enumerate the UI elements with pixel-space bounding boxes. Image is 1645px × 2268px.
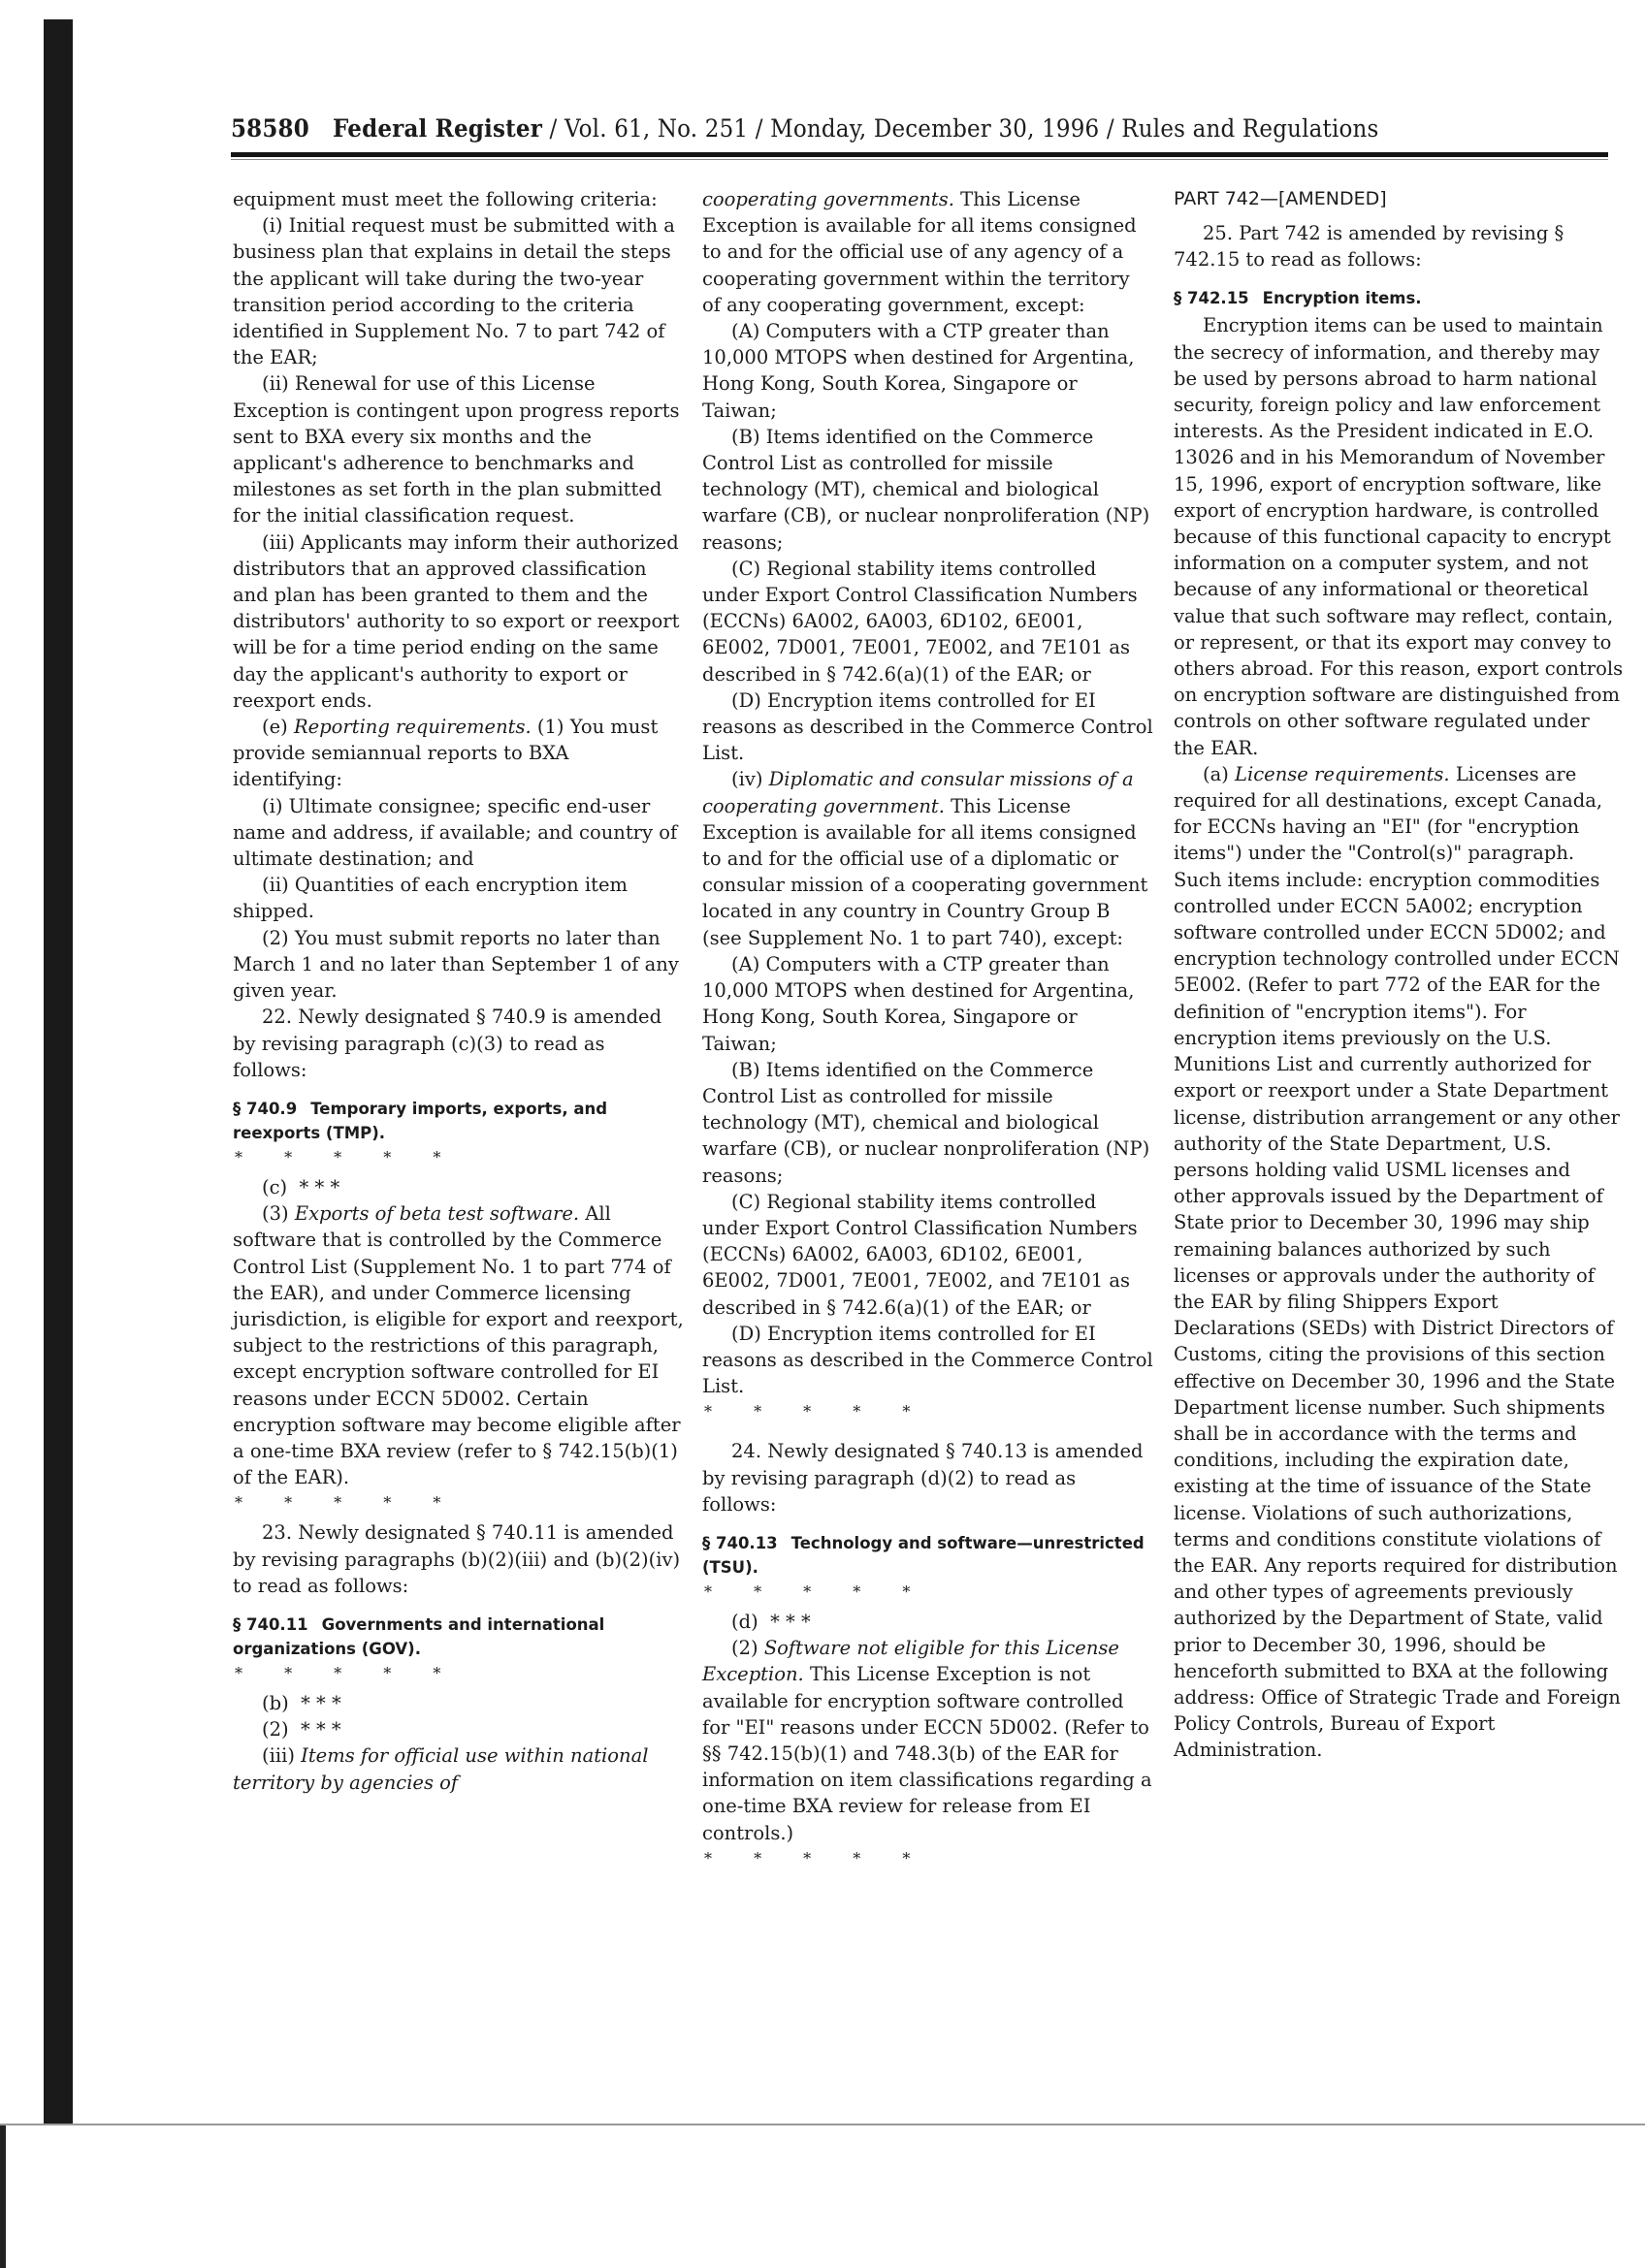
- ellipsis-stars: * * *: [770, 1611, 811, 1633]
- paragraph: (e) Reporting requirements. (1) You must…: [233, 714, 684, 793]
- para-heading: cooperating governments.: [702, 188, 954, 210]
- publication-title: Federal Register: [333, 114, 542, 143]
- paragraph: (2) You must submit reports no later tha…: [233, 925, 684, 1005]
- para-label: (2): [262, 1718, 289, 1741]
- para-label: (iii): [262, 1744, 301, 1767]
- header-rule: [231, 152, 1608, 157]
- para-label: (e): [262, 716, 294, 738]
- running-header: 58580 Federal Register / Vol. 61, No. 25…: [231, 114, 1498, 143]
- para-label: (a): [1203, 763, 1235, 785]
- paragraph: (b) * * *: [233, 1690, 684, 1716]
- paragraph: (iv) Diplomatic and consular missions of…: [702, 766, 1153, 950]
- para-label: (b): [262, 1692, 289, 1714]
- scan-binding-edge: [44, 19, 73, 2124]
- paragraph: (A) Computers with a CTP greater than 10…: [702, 951, 1153, 1057]
- paragraph: (c) * * *: [233, 1174, 684, 1200]
- paragraph: (A) Computers with a CTP greater than 10…: [702, 318, 1153, 424]
- paragraph: (a) License requirements. Licenses are r…: [1174, 761, 1625, 1764]
- paragraph: cooperating governments. This License Ex…: [702, 186, 1153, 318]
- para-label: (iv): [731, 768, 769, 790]
- para-text: All software that is controlled by the C…: [233, 1202, 684, 1488]
- paragraph: (ii) Renewal for use of this License Exc…: [233, 370, 684, 528]
- ellipsis-stars: * * *: [301, 1692, 341, 1714]
- paragraph: Encryption items can be used to maintain…: [1174, 312, 1625, 760]
- para-heading: License requirements.: [1235, 763, 1450, 785]
- section-heading: § 740.13Technology and software—unrestri…: [702, 1531, 1153, 1580]
- scan-page-edge: [0, 2124, 1645, 2125]
- section-heading: § 740.9Temporary imports, exports, and r…: [233, 1097, 684, 1145]
- section-number: § 740.13: [702, 1534, 778, 1552]
- paragraph: (i) Ultimate consignee; specific end-use…: [233, 793, 684, 873]
- section-heading: § 742.15Encryption items.: [1174, 286, 1625, 310]
- paragraph: (D) Encryption items controlled for EI r…: [702, 687, 1153, 767]
- part-heading: PART 742—[AMENDED]: [1174, 186, 1625, 212]
- paragraph: (i) Initial request must be submitted wi…: [233, 212, 684, 370]
- ellipsis-stars: * * *: [301, 1718, 341, 1741]
- ellipsis-stars: * * * * *: [235, 1147, 684, 1168]
- para-text: This License Exception is available for …: [702, 795, 1147, 949]
- ellipsis-stars: * * * * *: [235, 1663, 684, 1684]
- paragraph: (d) * * *: [702, 1609, 1153, 1635]
- amendment-instruction: 24. Newly designated § 740.13 is amended…: [702, 1438, 1153, 1517]
- header-rule-thin: [231, 159, 1608, 160]
- paragraph: (3) Exports of beta test software. All s…: [233, 1200, 684, 1490]
- column-3: PART 742—[AMENDED] 25. Part 742 is amend…: [1174, 186, 1625, 1764]
- paragraph: (B) Items identified on the Commerce Con…: [702, 424, 1153, 556]
- ellipsis-stars: * * * * *: [704, 1401, 1153, 1422]
- ellipsis-stars: * * * * *: [704, 1581, 1153, 1603]
- paragraph: (C) Regional stability items controlled …: [702, 556, 1153, 687]
- ellipsis-stars: * * * * *: [704, 1848, 1153, 1869]
- paragraph: (2) * * *: [233, 1716, 684, 1742]
- amendment-instruction: 23. Newly designated § 740.11 is amended…: [233, 1519, 684, 1599]
- section-number: § 742.15: [1174, 289, 1249, 307]
- para-label: (d): [731, 1611, 758, 1633]
- para-text: This License Exception is not available …: [702, 1663, 1152, 1843]
- para-label: (2): [731, 1637, 764, 1659]
- para-heading: Exports of beta test software.: [295, 1202, 579, 1225]
- paragraph: (2) Software not eligible for this Licen…: [702, 1635, 1153, 1846]
- column-2: cooperating governments. This License Ex…: [702, 186, 1153, 1875]
- amendment-instruction: 22. Newly designated § 740.9 is amended …: [233, 1004, 684, 1083]
- paragraph: (D) Encryption items controlled for EI r…: [702, 1321, 1153, 1400]
- paragraph: (C) Regional stability items controlled …: [702, 1189, 1153, 1321]
- scan-page-edge-left: [0, 2125, 6, 2268]
- ellipsis-stars: * * * * *: [235, 1492, 684, 1514]
- para-label: (3): [262, 1202, 295, 1225]
- para-label: (c): [262, 1176, 287, 1198]
- paragraph: equipment must meet the following criter…: [233, 186, 684, 212]
- section-title: Encryption items.: [1263, 289, 1422, 307]
- section-number: § 740.11: [233, 1615, 308, 1634]
- issue-info: / Vol. 61, No. 251 / Monday, December 30…: [550, 114, 1379, 143]
- para-heading: Reporting requirements.: [294, 716, 532, 738]
- paragraph: (ii) Quantities of each encryption item …: [233, 872, 684, 924]
- page-number: 58580: [231, 114, 309, 143]
- section-heading: § 740.11Governments and international or…: [233, 1613, 684, 1661]
- paragraph: (iii) Items for official use within nati…: [233, 1742, 684, 1795]
- paragraph: (iii) Applicants may inform their author…: [233, 529, 684, 714]
- ellipsis-stars: * * *: [300, 1176, 340, 1198]
- para-text: Licenses are required for all destinatio…: [1174, 763, 1621, 1762]
- section-number: § 740.9: [233, 1100, 297, 1118]
- paragraph: (B) Items identified on the Commerce Con…: [702, 1057, 1153, 1189]
- amendment-instruction: 25. Part 742 is amended by revising § 74…: [1174, 220, 1625, 272]
- column-1: equipment must meet the following criter…: [233, 186, 684, 1796]
